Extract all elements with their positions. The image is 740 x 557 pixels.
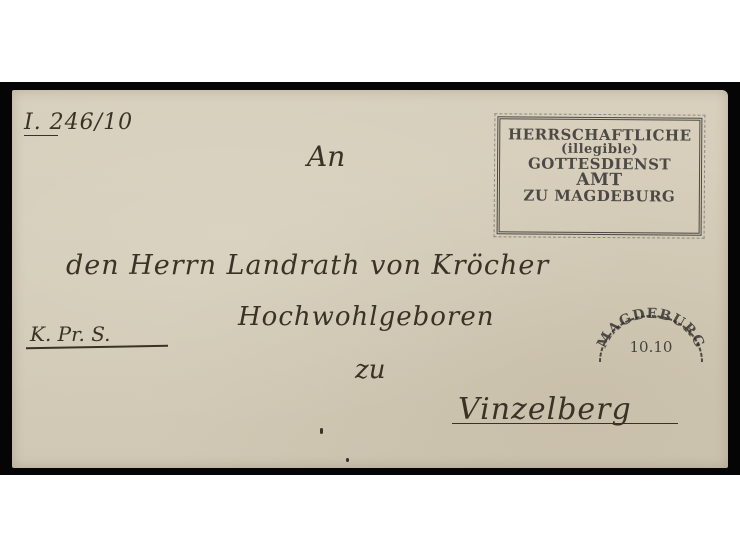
franking-note: K. Pr. S. — [30, 322, 111, 346]
address-line-recipient: den Herrn Landrath von Kröcher — [66, 250, 549, 281]
postmark-ring-icon: MAGDEBURG 10.10 — [592, 298, 710, 372]
address-line-destination: Vinzelberg — [458, 392, 632, 427]
postmark-line: ZU MAGDEBURG — [500, 188, 699, 205]
salutation: An — [307, 140, 345, 173]
address-line-preposition: zu — [355, 355, 385, 385]
circular-date-postmark: MAGDEBURG 10.10 — [592, 298, 710, 372]
destination-underline — [452, 423, 678, 424]
ink-speck — [320, 428, 323, 434]
address-line-honorific: Hochwohlgeboren — [238, 302, 495, 332]
docket-number: I. 246/10 — [24, 110, 133, 135]
ink-speck — [346, 458, 349, 462]
box-postmark: HERRSCHAFTLICHE (illegible) GOTTESDIENST… — [497, 116, 703, 235]
docket-underline — [24, 135, 58, 136]
postmark-date: 10.10 — [630, 338, 673, 356]
